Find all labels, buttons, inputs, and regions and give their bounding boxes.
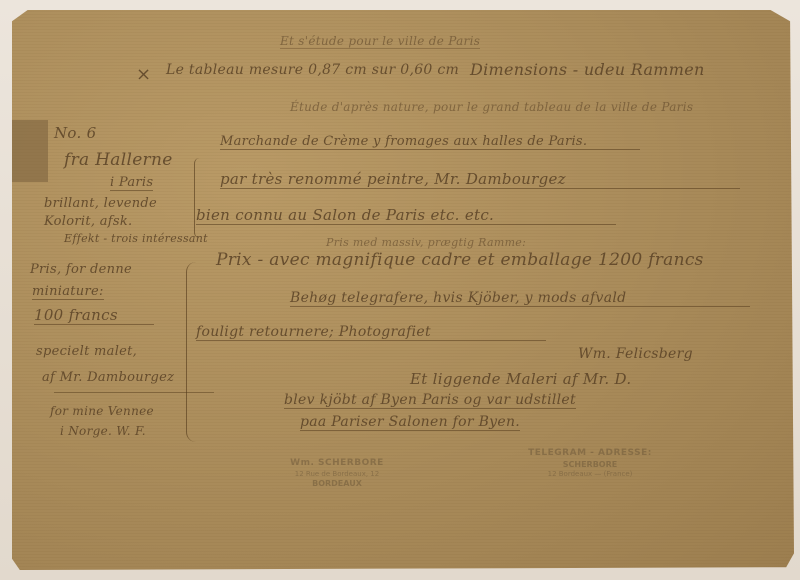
stamp-right-line1: TELEGRAM - ADRESSE: xyxy=(520,448,660,460)
margin-spec-2: af Mr. Dambourgez xyxy=(42,370,174,385)
brace-lower xyxy=(186,262,227,442)
margin-price-2: miniature: xyxy=(32,284,104,300)
main-line-7: Behøg telegrafere, hvis Kjöber, y mods a… xyxy=(290,290,750,307)
main-line-2: Marchande de Crème y fromages aux halles… xyxy=(220,134,640,150)
margin-desc-3: Effekt - trois intéressant xyxy=(64,232,208,245)
margin-price-3: 100 francs xyxy=(34,306,154,325)
dimensions-label: Dimensions - udeu Rammen xyxy=(470,60,705,79)
main-line-3: par très renommé peintre, Mr. Dambourgez xyxy=(220,170,740,189)
size-line: Le tableau mesure 0,87 cm sur 0,60 cm xyxy=(166,62,459,78)
stamp-left-line1: Wm. SCHERBORE xyxy=(262,458,412,470)
main-line-1: Étude d'après nature, pour le grand tabl… xyxy=(290,100,693,114)
brace-upper xyxy=(194,158,205,238)
margin-title-2: i Paris xyxy=(110,175,153,191)
stamp-left-line3: BORDEAUX xyxy=(262,479,412,489)
main-line-9: Wm. Felicsberg xyxy=(578,346,693,362)
margin-spec-4: i Norge. W. F. xyxy=(60,424,146,438)
margin-spec-3: for mine Vennee xyxy=(50,404,154,418)
cross-mark: × xyxy=(136,64,151,85)
main-line-12: paa Pariser Salonen for Byen. xyxy=(300,414,520,431)
rule-margin xyxy=(54,392,214,393)
tape-patch xyxy=(12,120,48,182)
margin-number: No. 6 xyxy=(54,124,96,142)
margin-price-1: Pris, for denne xyxy=(30,262,132,277)
stamp-right-line3: 12 Bordeaux — (France) xyxy=(520,470,660,479)
main-line-4: bien connu au Salon de Paris etc. etc. xyxy=(196,206,616,225)
stamp-left-line2: 12 Rue de Bordeaux, 12 xyxy=(262,470,412,479)
margin-title-1: fra Hallerne xyxy=(64,150,173,170)
margin-desc-1: brillant, levende xyxy=(44,196,157,211)
main-line-5: Pris med massiv, prægtig Ramme: xyxy=(326,236,526,249)
margin-desc-2: Kolorit, afsk. xyxy=(44,214,132,229)
main-line-6: Prix - avec magnifique cadre et emballag… xyxy=(216,250,704,270)
header-top-line: Et s'étude pour le ville de Paris xyxy=(280,34,480,49)
margin-spec-1: specielt malet, xyxy=(36,344,137,359)
main-line-11: blev kjöbt af Byen Paris og var udstille… xyxy=(284,392,576,409)
stamp-left: Wm. SCHERBORE 12 Rue de Bordeaux, 12 BOR… xyxy=(262,458,412,489)
stamp-right-line2: SCHERBORE xyxy=(520,460,660,470)
main-line-8: fouligt retournere; Photografiet xyxy=(196,324,546,341)
main-line-10: Et liggende Maleri af Mr. D. xyxy=(410,370,631,388)
stamp-right: TELEGRAM - ADRESSE: SCHERBORE 12 Bordeau… xyxy=(520,448,660,479)
